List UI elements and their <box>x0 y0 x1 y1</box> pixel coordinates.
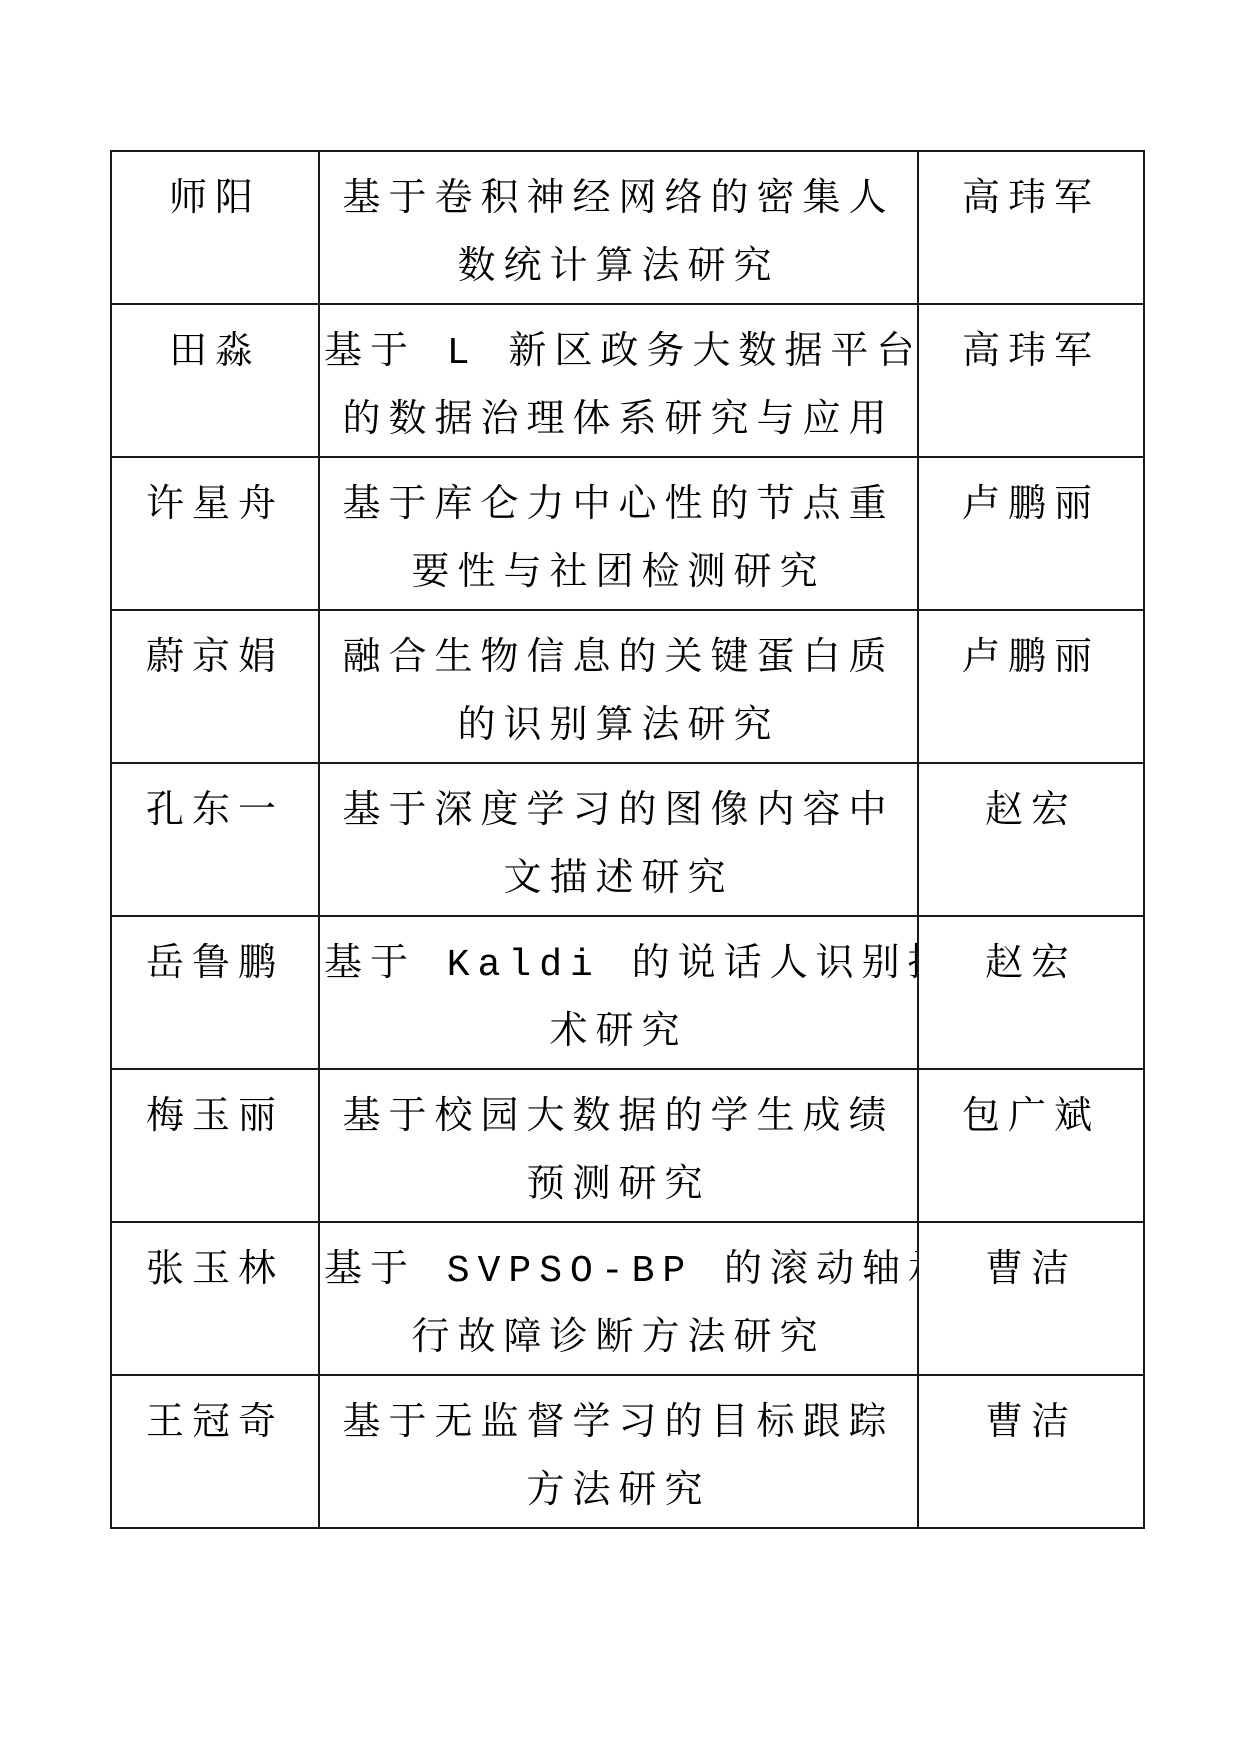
table-row: 王冠奇 基于无监督学习的目标跟踪 方法研究 曹洁 <box>111 1375 1144 1528</box>
thesis-title-line-2: 术研究 <box>324 1000 913 1068</box>
thesis-title-line-2: 方法研究 <box>324 1459 913 1527</box>
thesis-title-line-2: 文描述研究 <box>324 847 913 915</box>
thesis-title-cell: 基于卷积神经网络的密集人 数统计算法研究 <box>319 151 918 304</box>
thesis-title-line-2: 预测研究 <box>324 1153 913 1221</box>
table-row: 师阳 基于卷积神经网络的密集人 数统计算法研究 高玮军 <box>111 151 1144 304</box>
thesis-title-cell: 基于深度学习的图像内容中 文描述研究 <box>319 763 918 916</box>
advisor-name-cell: 赵宏 <box>918 916 1144 1069</box>
table-row: 田淼 基于 L 新区政务大数据平台 的数据治理体系研究与应用 高玮军 <box>111 304 1144 457</box>
advisor-name-cell: 曹洁 <box>918 1375 1144 1528</box>
thesis-title-cell: 基于无监督学习的目标跟踪 方法研究 <box>319 1375 918 1528</box>
thesis-title-line-1: 基于 SVPSO-BP 的滚动轴承并 <box>324 1238 913 1306</box>
advisor-name-cell: 高玮军 <box>918 151 1144 304</box>
thesis-title-line-2: 的识别算法研究 <box>324 694 913 762</box>
table-row: 梅玉丽 基于校园大数据的学生成绩 预测研究 包广斌 <box>111 1069 1144 1222</box>
thesis-title-line-1: 融合生物信息的关键蛋白质 <box>324 626 913 694</box>
thesis-title-cell: 基于库仑力中心性的节点重 要性与社团检测研究 <box>319 457 918 610</box>
thesis-title-cell: 基于 Kaldi 的说话人识别技 术研究 <box>319 916 918 1069</box>
thesis-title-line-2: 行故障诊断方法研究 <box>324 1306 913 1374</box>
table-row: 岳鲁鹏 基于 Kaldi 的说话人识别技 术研究 赵宏 <box>111 916 1144 1069</box>
thesis-title-line-1: 基于 Kaldi 的说话人识别技 <box>324 932 913 1000</box>
advisor-name-cell: 赵宏 <box>918 763 1144 916</box>
student-name-cell: 田淼 <box>111 304 319 457</box>
advisor-name-cell: 曹洁 <box>918 1222 1144 1375</box>
thesis-title-line-2: 数统计算法研究 <box>324 235 913 303</box>
thesis-title-cell: 基于 L 新区政务大数据平台 的数据治理体系研究与应用 <box>319 304 918 457</box>
table-row: 孔东一 基于深度学习的图像内容中 文描述研究 赵宏 <box>111 763 1144 916</box>
advisor-name-cell: 高玮军 <box>918 304 1144 457</box>
thesis-title-line-1: 基于库仑力中心性的节点重 <box>324 473 913 541</box>
table-row: 张玉林 基于 SVPSO-BP 的滚动轴承并 行故障诊断方法研究 曹洁 <box>111 1222 1144 1375</box>
thesis-title-cell: 基于校园大数据的学生成绩 预测研究 <box>319 1069 918 1222</box>
student-name-cell: 许星舟 <box>111 457 319 610</box>
student-name-cell: 岳鲁鹏 <box>111 916 319 1069</box>
thesis-title-line-1: 基于卷积神经网络的密集人 <box>324 167 913 235</box>
student-name-cell: 蔚京娟 <box>111 610 319 763</box>
advisor-name-cell: 卢鹏丽 <box>918 457 1144 610</box>
thesis-assignment-table: 师阳 基于卷积神经网络的密集人 数统计算法研究 高玮军 田淼 基于 L 新区政务… <box>110 150 1145 1529</box>
thesis-title-cell: 融合生物信息的关键蛋白质 的识别算法研究 <box>319 610 918 763</box>
student-name-cell: 王冠奇 <box>111 1375 319 1528</box>
thesis-title-line-1: 基于深度学习的图像内容中 <box>324 779 913 847</box>
thesis-title-line-1: 基于无监督学习的目标跟踪 <box>324 1391 913 1459</box>
document-page: 师阳 基于卷积神经网络的密集人 数统计算法研究 高玮军 田淼 基于 L 新区政务… <box>0 0 1241 1755</box>
student-name-cell: 孔东一 <box>111 763 319 916</box>
student-name-cell: 师阳 <box>111 151 319 304</box>
thesis-title-line-2: 的数据治理体系研究与应用 <box>324 388 913 456</box>
advisor-name-cell: 包广斌 <box>918 1069 1144 1222</box>
thesis-title-cell: 基于 SVPSO-BP 的滚动轴承并 行故障诊断方法研究 <box>319 1222 918 1375</box>
student-name-cell: 梅玉丽 <box>111 1069 319 1222</box>
advisor-name-cell: 卢鹏丽 <box>918 610 1144 763</box>
thesis-title-line-2: 要性与社团检测研究 <box>324 541 913 609</box>
table-row: 蔚京娟 融合生物信息的关键蛋白质 的识别算法研究 卢鹏丽 <box>111 610 1144 763</box>
student-name-cell: 张玉林 <box>111 1222 319 1375</box>
thesis-title-line-1: 基于 L 新区政务大数据平台 <box>324 320 913 388</box>
table-row: 许星舟 基于库仑力中心性的节点重 要性与社团检测研究 卢鹏丽 <box>111 457 1144 610</box>
thesis-title-line-1: 基于校园大数据的学生成绩 <box>324 1085 913 1153</box>
